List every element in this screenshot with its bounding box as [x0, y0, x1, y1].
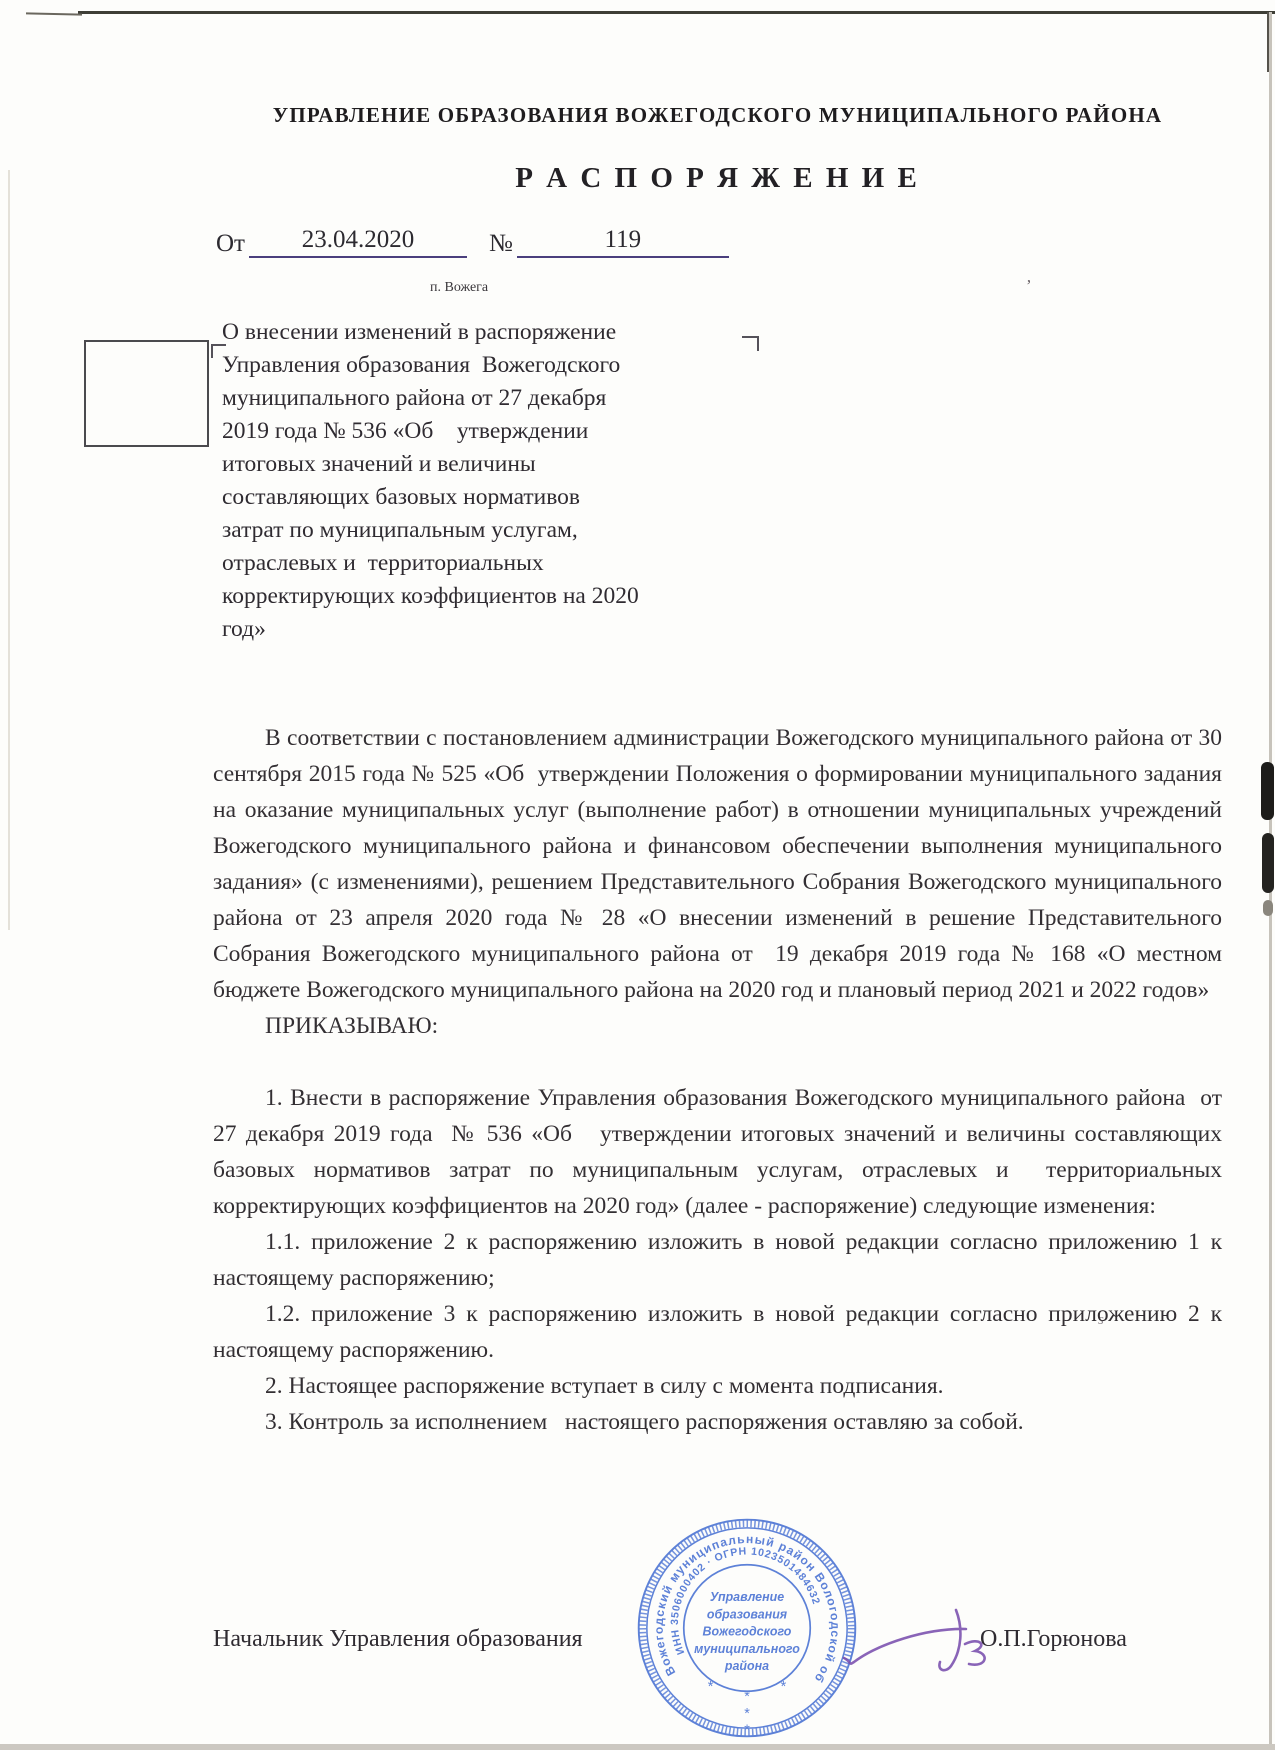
stamp-center-text: Управление образования Вожегодского муни… [694, 1590, 800, 1673]
scan-speck-artifact: ’ [1026, 276, 1032, 296]
body-paragraph-preamble: В соответствии с постановлением админист… [213, 720, 1222, 1008]
date-number-row: От 23.04.2020 № 119 [216, 226, 729, 258]
subject-line: составляющих базовых нормативов [222, 481, 762, 514]
stamp-center-line: муниципального [694, 1642, 800, 1656]
date-value: 23.04.2020 [249, 226, 467, 258]
body-item-2: 2. Настоящее распоряжение вступает в сил… [213, 1368, 1222, 1404]
stamp-center-line: Вожегодского [703, 1625, 792, 1639]
subject-line: затрат по муниципальным услугам, [222, 514, 762, 547]
stamp-asterisks: * * * * * [708, 1679, 787, 1738]
official-round-stamp: Вожегодский муниципальный район Вологодс… [632, 1513, 862, 1743]
scan-edge-right-dark [1267, 12, 1269, 72]
scan-blob-artifact [1261, 762, 1274, 820]
organization-header: УПРАВЛЕНИЕ ОБРАЗОВАНИЯ ВОЖЕГОДСКОГО МУНИ… [213, 103, 1222, 128]
subject-line: год» [222, 613, 762, 646]
subject-block: О внесении изменений в распоряжение Упра… [222, 316, 762, 646]
date-label: От [216, 230, 245, 258]
handwritten-signature [838, 1604, 1013, 1689]
subject-line: корректирующих коэффициентов на 2020 [222, 580, 762, 613]
document-type-title: Р А С П О Р Я Ж Е Н И Е [213, 162, 1222, 195]
svg-text:*: * [744, 1706, 750, 1722]
scan-edge-top [78, 11, 1275, 14]
place-line: п. Вожега [430, 280, 488, 296]
svg-text:*: * [708, 1679, 714, 1695]
number-value: 119 [517, 226, 729, 258]
scan-blob-artifact [1262, 833, 1274, 893]
scanned-document-page: { "page": { "header": "УПРАВЛЕНИЕ ОБРАЗО… [0, 0, 1275, 1750]
svg-text:*: * [744, 1689, 750, 1705]
body-order-word: ПРИКАЗЫВАЮ: [213, 1008, 1222, 1044]
number-label: № [489, 230, 513, 258]
scan-edge-bottom [0, 1744, 1275, 1750]
body-item-1: 1. Внести в распоряжение Управления обра… [213, 1080, 1222, 1224]
stamp-center-line: района [724, 1659, 769, 1673]
subject-line: 2019 года № 536 «Об утверждении [222, 415, 762, 448]
subject-line: отраслевых и территориальных [222, 547, 762, 580]
scan-blob-artifact [1263, 900, 1273, 916]
body-item-1-1: 1.1. приложение 2 к распоряжению изложит… [213, 1224, 1222, 1296]
subject-line: муниципального района от 27 декабря [222, 382, 762, 415]
signer-position: Начальник Управления образования [213, 1626, 583, 1652]
requisites-empty-box [84, 340, 209, 447]
stamp-center-line: Управление [710, 1590, 784, 1604]
body-item-1-2: 1.2. приложение 3 к распоряжению изложит… [213, 1296, 1222, 1368]
svg-text:*: * [781, 1679, 787, 1695]
scan-edge-left [8, 170, 10, 930]
scan-edge-top-left [26, 12, 82, 15]
svg-text:*: * [744, 1722, 750, 1738]
body-item-3: 3. Контроль за исполнением настоящего ра… [213, 1404, 1222, 1440]
subject-line: итоговых значений и величины [222, 448, 762, 481]
stamp-center-line: образования [707, 1607, 788, 1621]
subject-line: О внесении изменений в распоряжение [222, 316, 762, 349]
document-body: В соответствии с постановлением админист… [213, 720, 1222, 1440]
subject-line: Управления образования Вожегодского [222, 349, 762, 382]
